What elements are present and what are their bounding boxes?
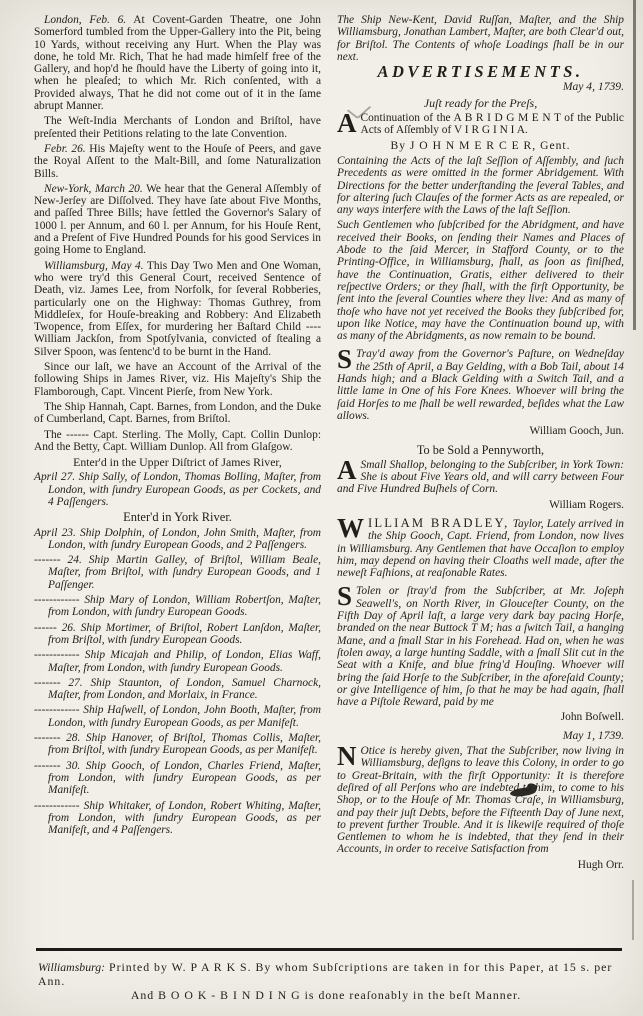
news-paragraph-glasgow: The ------ Capt. Sterling. The Molly, Ca… (34, 429, 321, 454)
shallop-advertisement: To be Sold a Pennyworth, ASmall Shallop,… (337, 444, 624, 511)
york-river-heading: Enter'd in York River. (34, 511, 321, 523)
ship-entry: April 23. Ship Dolphin, of London, John … (34, 527, 321, 552)
news-paragraph-williamsburg: Williamsburg, May 4. This Day Two Men an… (34, 260, 321, 358)
signature: Hugh Orr. (337, 859, 624, 871)
imprint-place: Williamsburg: (38, 960, 105, 974)
news-paragraph-feb26: Febr. 26. His Majeſty went to the Houſe … (34, 143, 321, 180)
ship-entry-james-river: April 27. Ship Sally, of London, Thomas … (34, 471, 321, 508)
signature: William Rogers. (337, 499, 624, 511)
ship-entry: ------ 26. Ship Mortimer, of Briſtol, Ro… (34, 622, 321, 647)
imprint-line-1: Williamsburg: Printed by W. P A R K S. B… (24, 960, 628, 988)
bradley-advertisement: WILLIAM BRADLEY, Taylor, Lately arrived … (337, 517, 624, 579)
notice-advertisement: May 1, 1739. NOtice is hereby given, Tha… (337, 730, 624, 871)
news-paragraph-newyork: New-York, March 20. We hear that the Gen… (34, 183, 321, 257)
shallop-heading: To be Sold a Pennyworth, (337, 444, 624, 456)
bradley-text: WILLIAM BRADLEY, Taylor, Lately arrived … (337, 517, 624, 579)
two-column-layout: London, Feb. 6. At Covent-Garden Theatre… (34, 14, 624, 877)
dateline: Williamsburg, May 4. (44, 260, 144, 272)
footer-rule (36, 948, 622, 951)
ship-entry: ------------ Ship Haſwell, of London, Jo… (34, 704, 321, 729)
drop-cap: S (337, 348, 356, 370)
ship-entry: ------------ Ship Micajah and Philip, of… (34, 649, 321, 674)
left-column: London, Feb. 6. At Covent-Garden Theatre… (34, 14, 321, 877)
strayed-text: STray'd away from the Governor's Paſture… (337, 348, 624, 422)
news-paragraph-london: London, Feb. 6. At Covent-Garden Theatre… (34, 14, 321, 112)
scan-edge-shadow-lower (632, 880, 634, 940)
news-paragraph-arrivals: Since our laſt, we have an Account of th… (34, 361, 321, 398)
printer-imprint: Williamsburg: Printed by W. P A R K S. B… (24, 960, 628, 1002)
signature: William Gooch, Jun. (337, 425, 624, 437)
ship-entry: ------- 24. Ship Martin Galley, of Briſt… (34, 554, 321, 591)
ship-entry: ------------ Ship Mary of London, Willia… (34, 594, 321, 619)
ship-entry: ------- 28. Ship Hanover, of Briſtol, Th… (34, 732, 321, 757)
notice-text: NOtice is hereby given, That the Subſcri… (337, 745, 624, 856)
strayed-horses-advertisement: STray'd away from the Governor's Paſture… (337, 348, 624, 437)
ship-entry: ------- 30. Ship Gooch, of London, Charl… (34, 760, 321, 797)
signature: John Boſwell. (337, 711, 624, 723)
mercer-body-1: Containing the Acts of the laſt Seſſion … (337, 155, 624, 216)
bradley-name: ILLIAM BRADLEY, (368, 516, 510, 530)
shallop-text: ASmall Shallop, belonging to the Subſcri… (337, 459, 624, 496)
drop-cap: S (337, 585, 356, 607)
james-river-heading: Enter'd in the Upper Diſtrict of James R… (34, 456, 321, 468)
cleared-out-paragraph: The Ship New-Kent, David Ruſſan, Maſter,… (337, 14, 624, 63)
drop-cap: A (337, 459, 361, 481)
advertisements-date: May 4, 1739. (337, 81, 624, 93)
scan-edge-shadow (633, 0, 636, 330)
imprint-line-2: And B O O K - B I N D I N G is done reaſ… (24, 988, 628, 1002)
ship-entry: ------------ Ship Whitaker, of London, R… (34, 800, 321, 837)
mercer-byline: By J O H N M E R C E R, Gent. (337, 140, 624, 152)
mercer-body-2: Such Gentlemen who ſubſcribed for the Ab… (337, 219, 624, 342)
drop-cap: W (337, 517, 368, 539)
stolen-horse-advertisement: STolen or ſtray'd from the Subſcriber, a… (337, 585, 624, 723)
newspaper-page: London, Feb. 6. At Covent-Garden Theatre… (0, 0, 643, 1016)
drop-cap: A (337, 112, 361, 134)
advertisements-heading: ADVERTISEMENTS. (337, 66, 624, 78)
notice-date: May 1, 1739. (337, 730, 624, 742)
drop-cap: N (337, 745, 361, 767)
ship-entry: ------- 27. Ship Staunton, of London, Sa… (34, 677, 321, 702)
dateline: London, Feb. 6. (44, 14, 126, 26)
dateline: Febr. 26. (44, 143, 86, 155)
dateline: New-York, March 20. (44, 183, 143, 195)
mercer-tagline: Juſt ready for the Preſs, (337, 97, 624, 109)
news-paragraph-westindia: The Weſt-India Merchants of London and B… (34, 115, 321, 140)
stolen-text: STolen or ſtray'd from the Subſcriber, a… (337, 585, 624, 708)
mercer-advertisement: Juſt ready for the Preſs, AContinuation … (337, 97, 624, 343)
mercer-opening: AContinuation of the A B R I D G M E N T… (337, 112, 624, 137)
right-column: The Ship New-Kent, David Ruſſan, Maſter,… (337, 14, 624, 877)
news-paragraph-hannah: The Ship Hannah, Capt. Barnes, from Lond… (34, 401, 321, 426)
